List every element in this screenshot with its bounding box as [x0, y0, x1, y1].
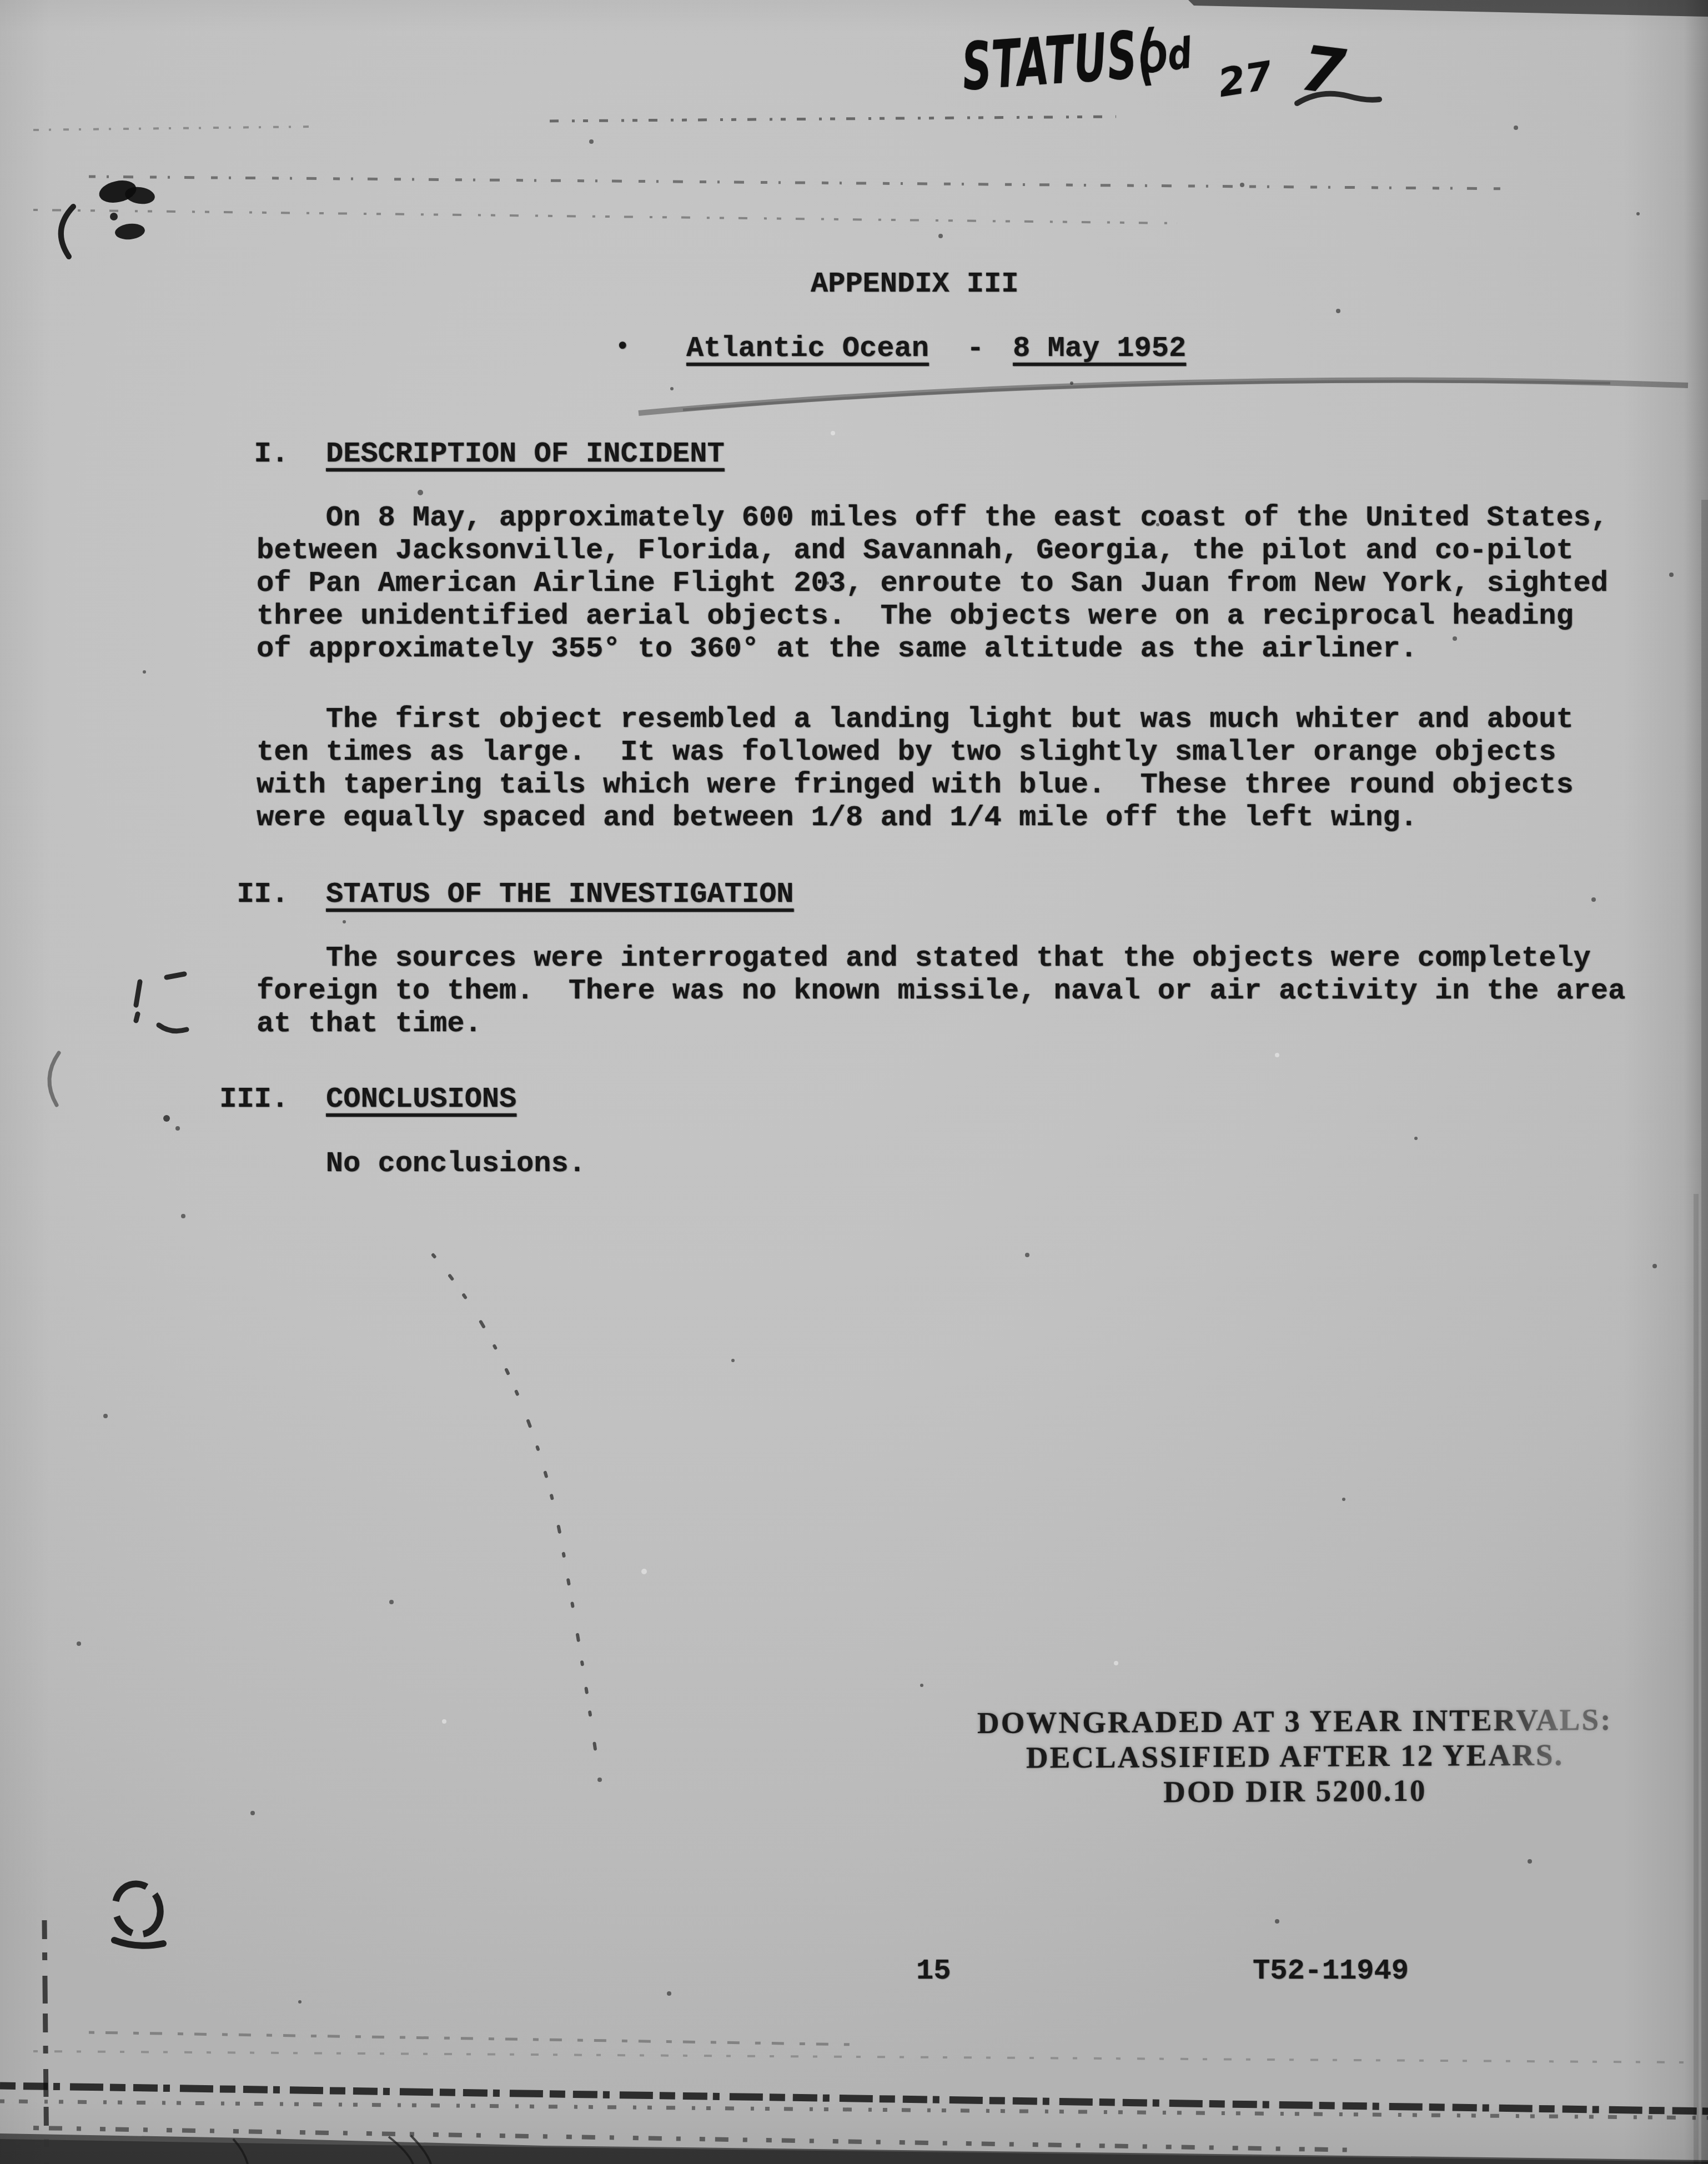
subtitle-date: 8 May 1952 — [1013, 332, 1186, 365]
section-2-numeral: II. — [195, 878, 289, 911]
stamp-line-2: DECLASSIFIED AFTER 12 YEARS. — [973, 1737, 1617, 1775]
stamp-line-1: DOWNGRADED AT 3 YEAR INTERVALS: — [973, 1702, 1617, 1740]
incident-paragraph-2: The first object resembled a landing lig… — [257, 703, 1574, 834]
section-1-heading: DESCRIPTION OF INCIDENT — [326, 438, 725, 470]
subtitle: Atlantic Ocean - 8 May 1952 — [686, 332, 1186, 365]
subtitle-bullet: • — [615, 331, 630, 364]
document-number: T52-11949 — [1253, 1955, 1409, 1987]
handwritten-note-number: 27 — [1215, 53, 1275, 106]
subtitle-dash: - — [967, 332, 984, 365]
scanned-document-page: STATUS( Od 27 7 APPENDIX III • Atlantic … — [0, 0, 1708, 2164]
section-3-heading: CONCLUSIONS — [326, 1083, 516, 1116]
subtitle-location: Atlantic Ocean — [686, 332, 929, 365]
section-1-numeral: I. — [195, 438, 289, 470]
handwritten-note-initials: Od — [1136, 28, 1194, 83]
scan-artifacts — [0, 0, 1708, 2164]
handwritten-note-tally: 7 — [1297, 32, 1349, 109]
page-title: APPENDIX III — [811, 268, 1018, 300]
status-paragraph: The sources were interrogated and stated… — [257, 942, 1625, 1040]
incident-paragraph-1: On 8 May, approximately 600 miles off th… — [257, 501, 1608, 665]
handwritten-note-word: STATUS( — [960, 16, 1159, 106]
section-3-numeral: III. — [195, 1083, 289, 1116]
conclusions-paragraph: No conclusions. — [257, 1147, 586, 1180]
declassification-stamp: DOWNGRADED AT 3 YEAR INTERVALS: DECLASSI… — [973, 1702, 1617, 1810]
section-2-heading: STATUS OF THE INVESTIGATION — [326, 878, 794, 911]
page-number: 15 — [916, 1955, 951, 1987]
stamp-line-3: DOD DIR 5200.10 — [973, 1772, 1617, 1810]
